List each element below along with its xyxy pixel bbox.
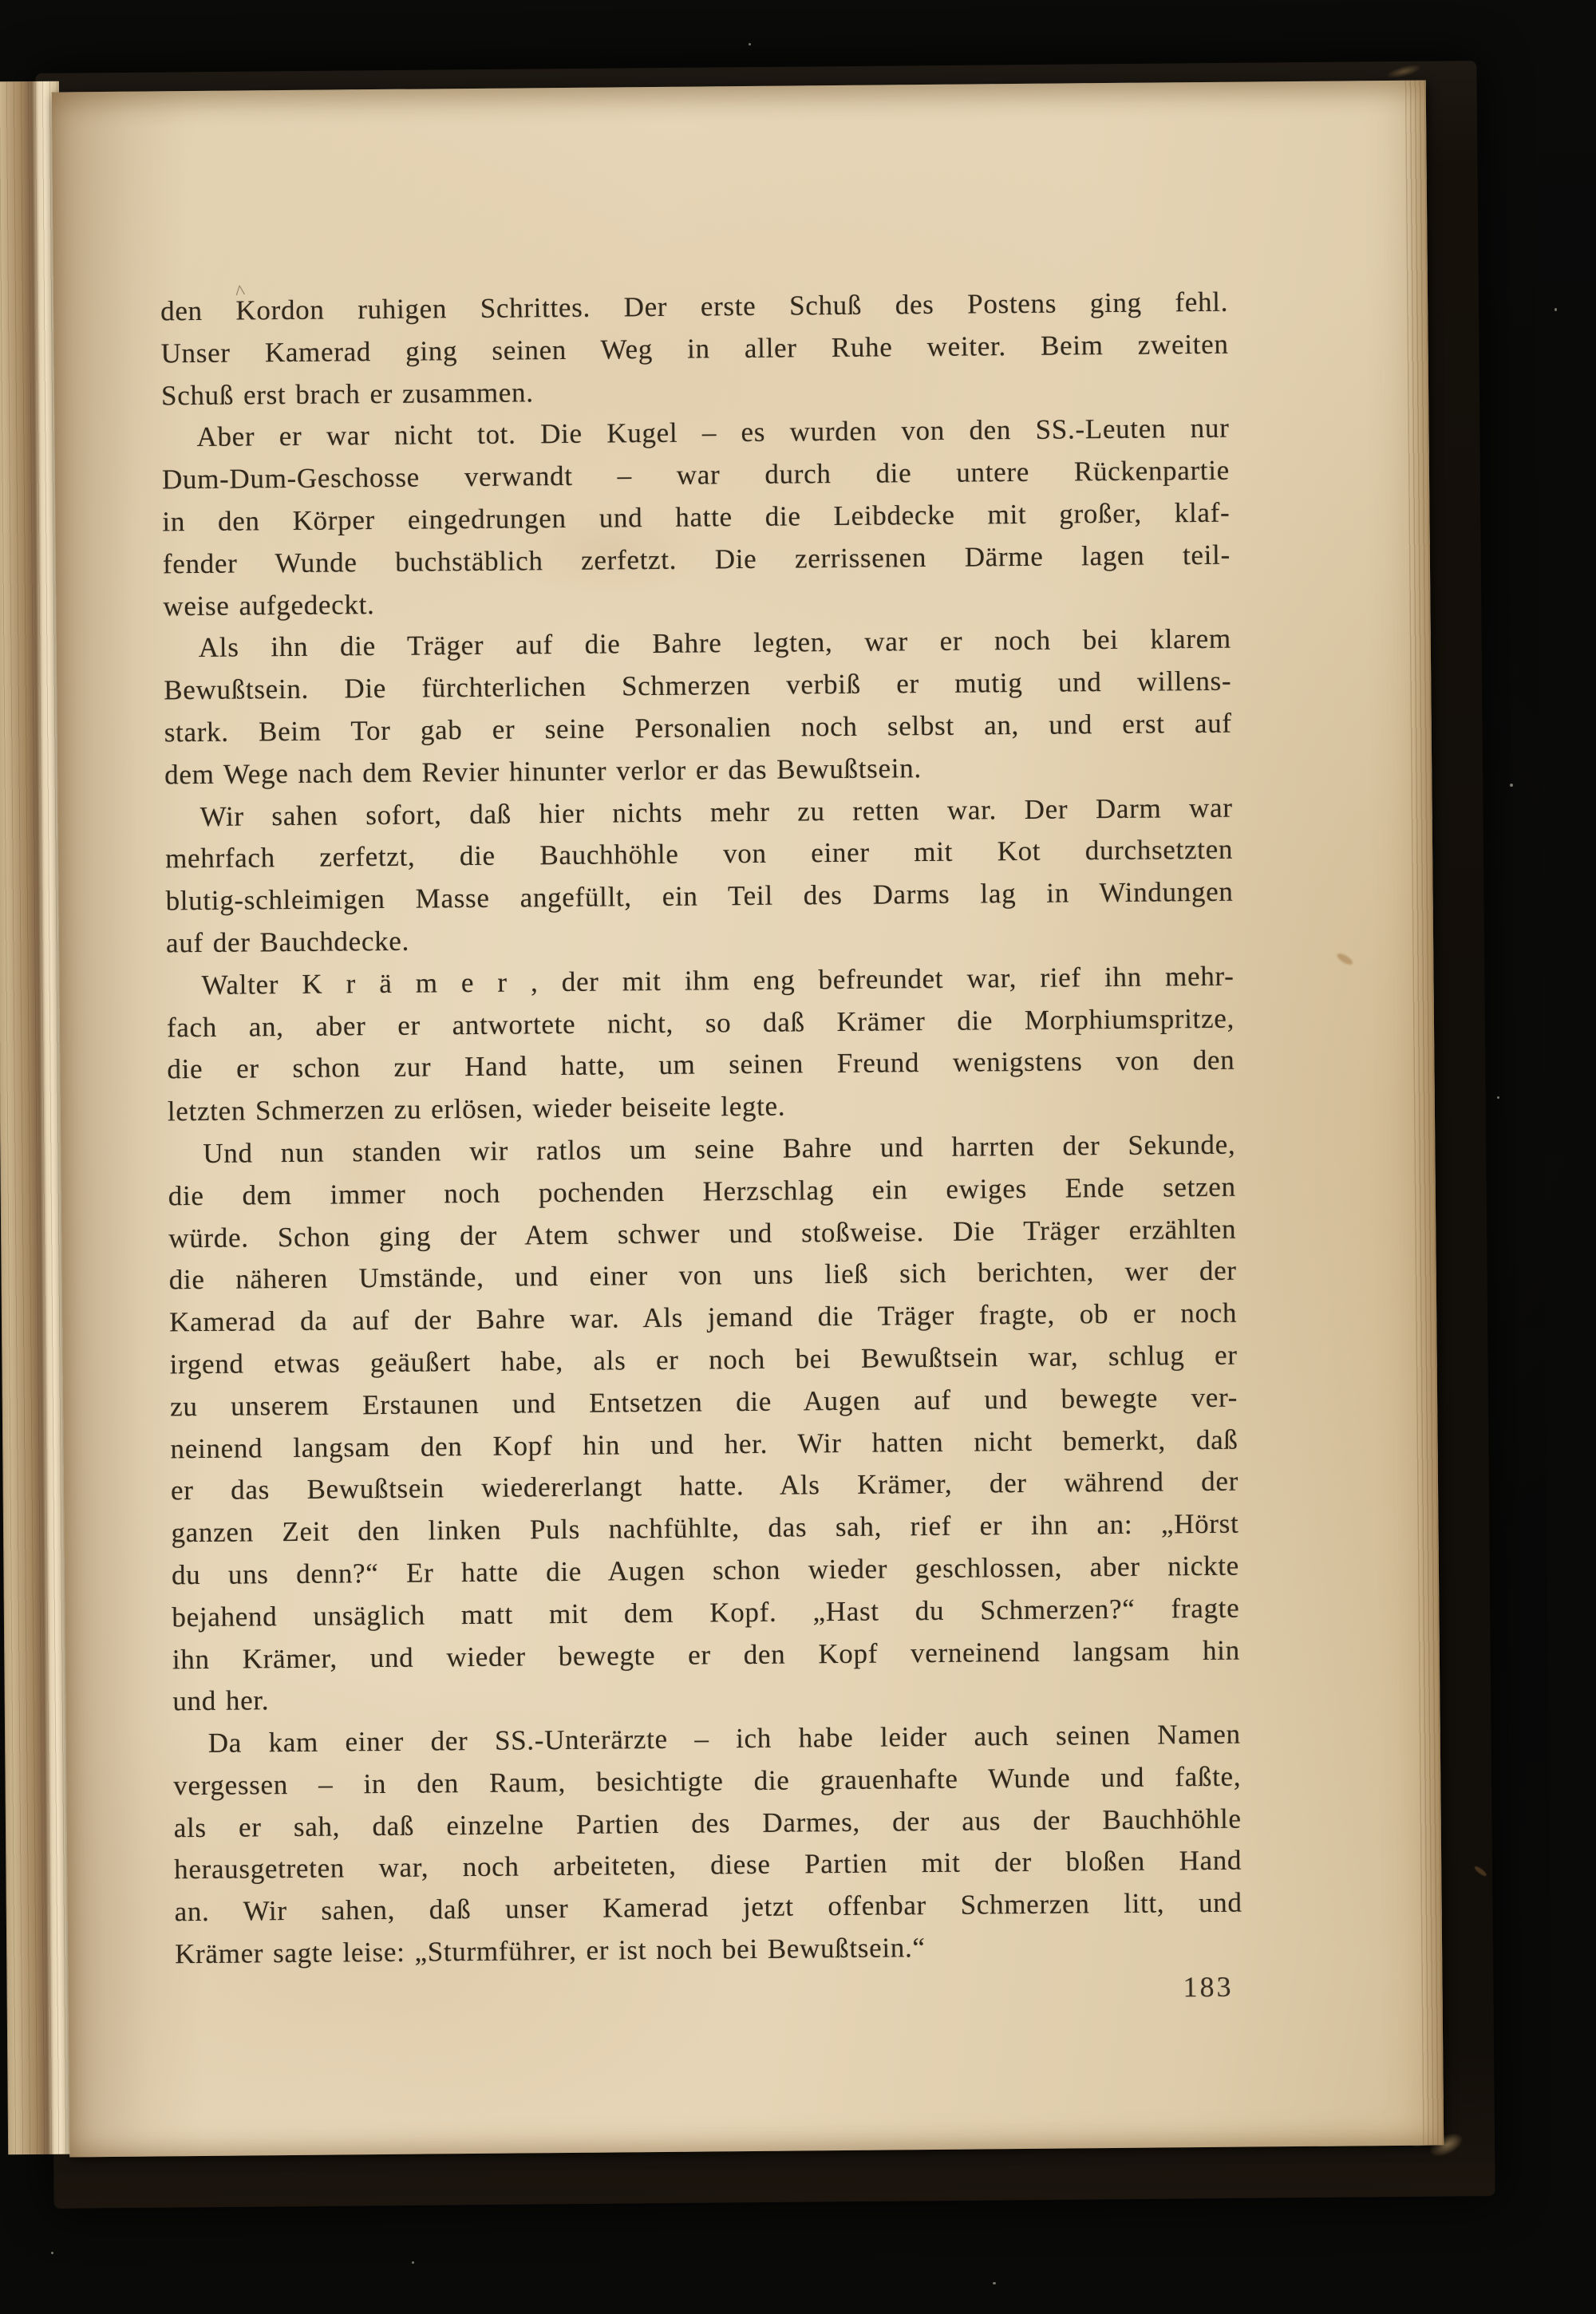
text-block: den Kordon ruhigen Schrittes. Der erste … bbox=[160, 282, 1242, 1976]
dust-speck bbox=[749, 43, 751, 45]
page-number: 183 bbox=[175, 1970, 1233, 2013]
dust-speck bbox=[412, 2261, 414, 2264]
cover-worn-edge bbox=[1385, 61, 1424, 81]
dust-speck bbox=[993, 2282, 996, 2284]
dust-speck bbox=[1510, 784, 1513, 787]
dust-speck bbox=[1232, 137, 1235, 140]
text-line: Krämer sagte leise: „Sturmführer, er ist… bbox=[175, 1925, 1242, 1976]
photo-background: ^ den Kordon ruhigen Schrittes. Der erst… bbox=[0, 0, 1596, 2314]
dust-speck bbox=[51, 2252, 53, 2254]
dust-speck bbox=[1497, 1096, 1499, 1099]
paper-speck bbox=[1336, 951, 1354, 966]
book-page: ^ den Kordon ruhigen Schrittes. Der erst… bbox=[52, 81, 1444, 2158]
dust-speck bbox=[1555, 308, 1557, 311]
